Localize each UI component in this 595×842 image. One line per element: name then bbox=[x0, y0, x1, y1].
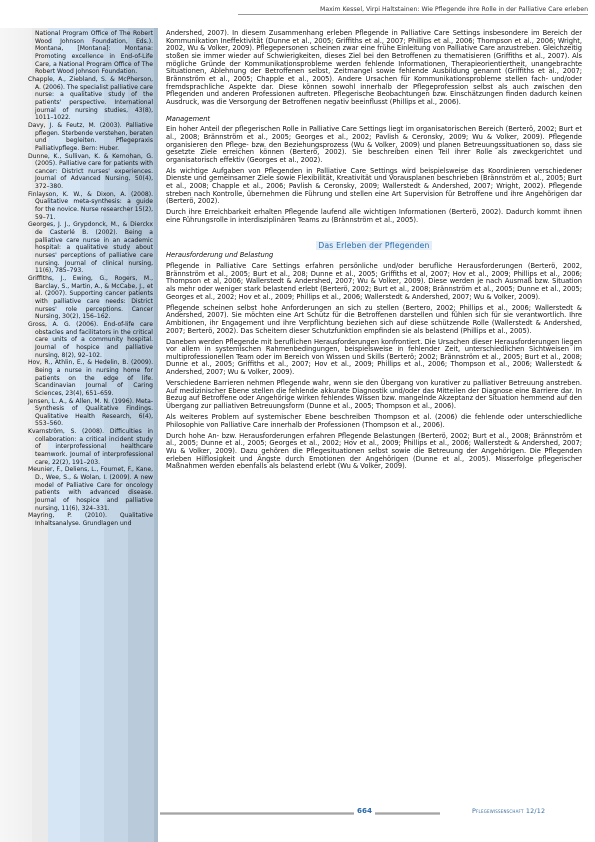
reference-item: Hov, R., Athlin, E., & Hedelin, B. (2009… bbox=[28, 359, 153, 397]
section-title: Das Erleben der Pflegenden bbox=[166, 242, 582, 250]
reference-item: Mayring, P. (2010). Qualitative Inhaltsa… bbox=[28, 512, 153, 527]
body-paragraph: Ein hoher Anteil der pflegerischen Rolle… bbox=[166, 126, 582, 164]
reference-item: Dunne, K., Sullivan, K. & Kernohan, G. (… bbox=[28, 153, 153, 191]
reference-item: National Program Office of The Robert Wo… bbox=[28, 30, 153, 76]
journal-issue: 12/12 bbox=[526, 807, 545, 815]
section-title-text: Das Erleben der Pflegenden bbox=[316, 241, 431, 250]
reference-item: Kvarnström, S. (2008). Difficulties in c… bbox=[28, 428, 153, 466]
body-paragraph: Daneben werden Pflegende mit beruflichen… bbox=[166, 339, 582, 377]
journal-title: Pflegewissenschaft bbox=[472, 807, 524, 815]
reference-item: Georges, J. J., Grypdonck, M., & Dierckx… bbox=[28, 221, 153, 275]
body-paragraph: Durch ihre Erreichbarkeit erhalten Pfleg… bbox=[166, 209, 582, 224]
reference-item: Davy, J. & Feutz, M. (2003). Palliative … bbox=[28, 122, 153, 153]
body-paragraph: Als weiteres Problem auf systemischer Eb… bbox=[166, 414, 582, 429]
footer-rule bbox=[160, 812, 440, 815]
body-paragraph: Verschiedene Barrieren nehmen Pflegende … bbox=[166, 380, 582, 411]
body-paragraph: Durch hohe An- bzw. Herausforderungen er… bbox=[166, 433, 582, 471]
page-number: 664 bbox=[354, 806, 375, 815]
running-head: Maxim Kessel, Virpi Haltstainen: Wie Pfl… bbox=[238, 6, 588, 15]
journal-name: Pflegewissenschaft 12/12 bbox=[472, 807, 545, 815]
reference-item: Chapple, A., Ziebland, S. & McPherson, A… bbox=[28, 76, 153, 122]
body-paragraph: Pflegende in Palliative Care Settings er… bbox=[166, 263, 582, 301]
body-paragraph: Pflegende scheinen selbst hohe Anforderu… bbox=[166, 305, 582, 336]
body-paragraph: Als wichtige Aufgaben von Pflegenden in … bbox=[166, 168, 582, 206]
reference-item: Gross, A. G. (2006). End-of-life care ob… bbox=[28, 321, 153, 359]
subheading-management: Management bbox=[166, 116, 582, 124]
reference-item: Jensen, L. A., & Allen, M. N. (1996). Me… bbox=[28, 398, 153, 429]
intro-paragraph: Andershed, 2007). In diesem Zusammenhang… bbox=[166, 30, 582, 107]
reference-item: Griffiths, J., Ewing, G., Rogers, M., Ba… bbox=[28, 275, 153, 321]
reference-item: Finlayson, K. W., & Dixon, A. (2008). Qu… bbox=[28, 191, 153, 222]
reference-item: Meunier, F., Deliens, L., Fournet, F., K… bbox=[28, 466, 153, 512]
main-text-column: Andershed, 2007). In diesem Zusammenhang… bbox=[166, 30, 582, 474]
reference-list: National Program Office of The Robert Wo… bbox=[28, 30, 153, 528]
subheading-challenge: Herausforderung und Belastung bbox=[166, 252, 582, 260]
